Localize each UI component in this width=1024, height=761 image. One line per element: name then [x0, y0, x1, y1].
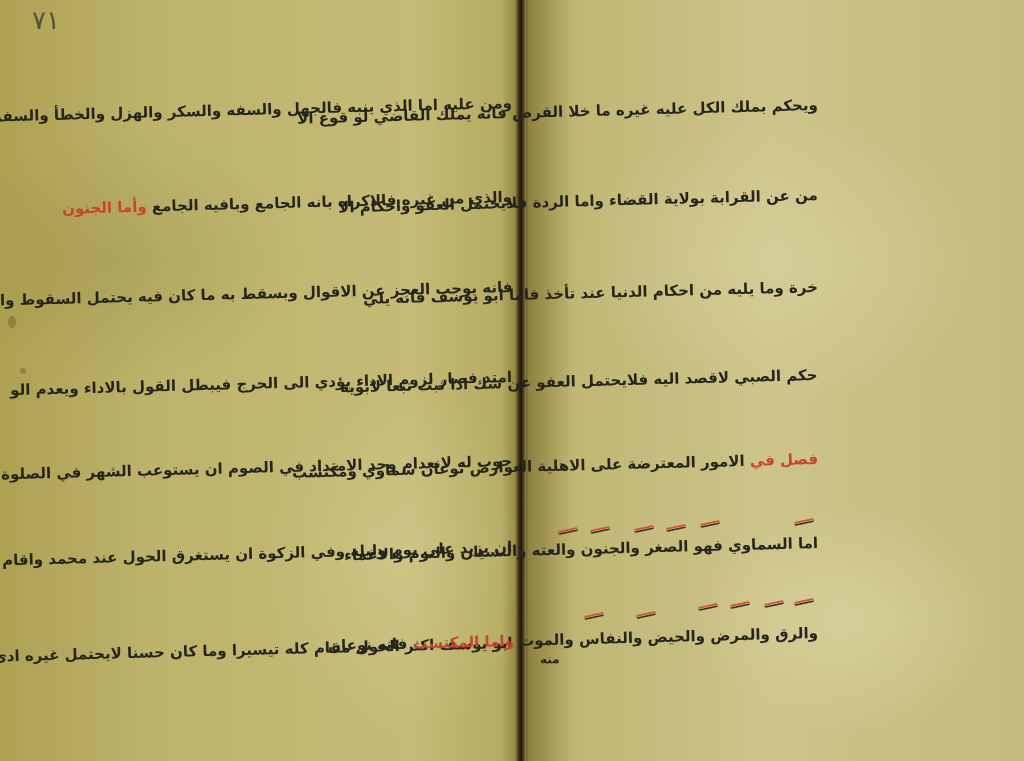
rubric-overline-mark — [584, 612, 604, 620]
manuscript-spread: ٧١ ومن عليه اما الذي ينبه فالجهل والسفه … — [0, 0, 1024, 761]
ink-stain — [8, 316, 16, 328]
rubric-overline-mark — [794, 598, 814, 606]
right-page: ويحكم بملك الكل عليه غيره ما خلا القرض ف… — [526, 0, 1024, 761]
folio-number: ٧١ — [32, 6, 60, 36]
rubric-overline-mark — [636, 611, 656, 619]
rubric-overline-mark — [700, 520, 720, 528]
line-text: من عن القرابة بولاية القضاء واما الردة ف… — [338, 186, 818, 217]
rubric-overline-mark — [698, 603, 718, 611]
ink-stain — [20, 368, 26, 374]
rubric-overline-mark — [730, 601, 750, 609]
rubric-heading: فصل في — [750, 450, 819, 470]
rubric-overline-mark — [764, 600, 784, 608]
rubric-overline-mark — [794, 518, 814, 526]
line-text: فانه نوعان — [328, 635, 408, 655]
catchword: منه — [540, 644, 560, 675]
line-text: ويحكم بملك الكل عليه غيره ما خلا القرض ف… — [297, 96, 818, 128]
line-text: حكم الصبي لاقصد اليه فلايحتمل العفو عن ش… — [340, 366, 818, 396]
rubric-text: وأما الجنون — [62, 198, 147, 218]
rubric-text: واما المكتسب — [412, 632, 514, 653]
line-text: والرق والمرض والحيض والنفاس والموت — [519, 624, 818, 650]
line-text: اما السماوي فهو الصغر والجنون والعته وال… — [344, 534, 818, 564]
line-text: الامور المعترضة على الاهلية العوارض نوعا… — [292, 452, 745, 482]
line-text: خرة وما يليه من احكام الدنيا عند تأخذ فا… — [363, 278, 818, 308]
